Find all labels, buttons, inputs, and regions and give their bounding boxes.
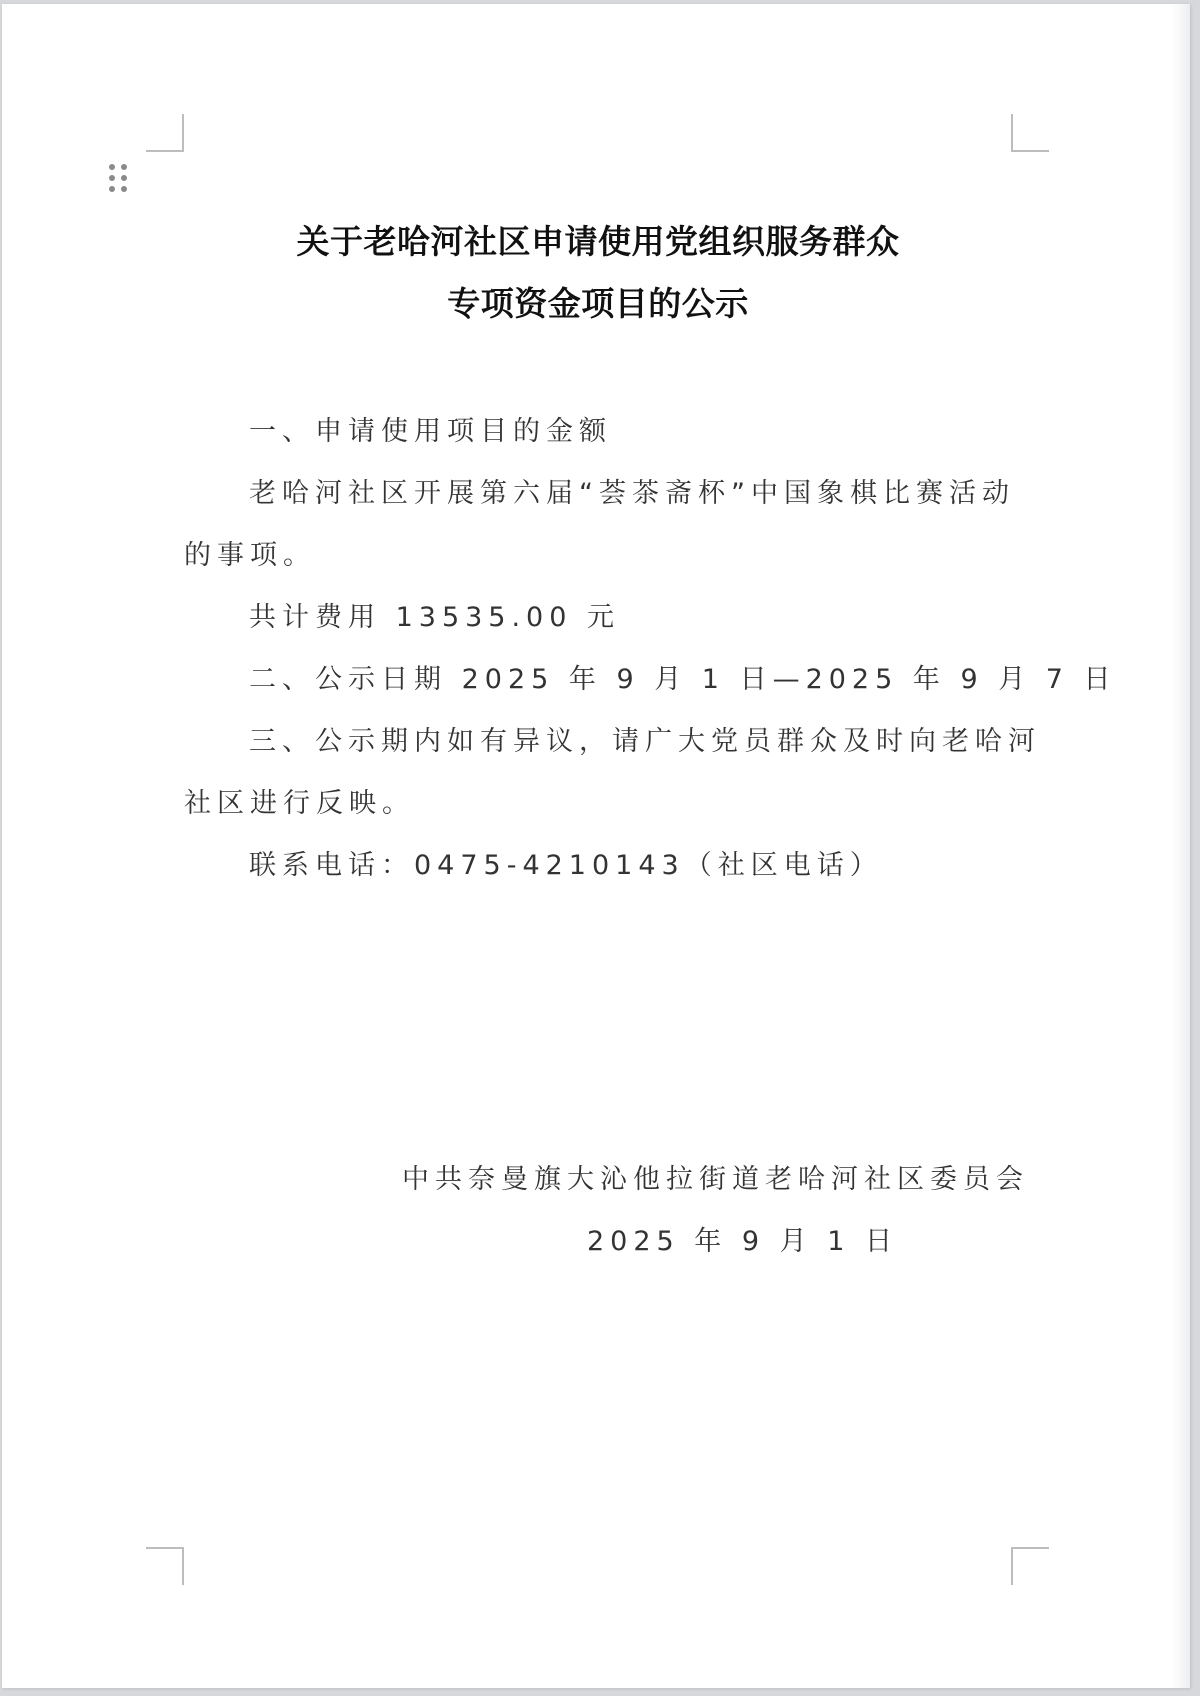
grip-dot [109,186,115,192]
grip-dot [109,175,115,181]
signature-organization: 中共奈曼旗大沁他拉街道老哈河社区委员会 [402,1149,1014,1211]
crop-mark-bottom-right-icon [1011,1547,1049,1585]
section-1-body-line-1: 老哈河社区开展第六届“荟茶斋杯”中国象棋比赛活动 [249,463,1014,525]
signature-date: 2025 年 9 月 1 日 [587,1211,898,1273]
section-3-line-1: 三、公示期内如有异议，请广大党员群众及时向老哈河 [249,711,1014,773]
crop-mark-bottom-left-icon [146,1547,184,1585]
document-title-line-2: 专项资金项目的公示 [182,284,1014,324]
section-1-heading: 一、申请使用项目的金额 [249,401,1014,463]
grip-dot [121,164,127,170]
contact-phone-text: 联系电话：0475-4210143（社区电话） [249,835,1014,897]
grip-dot [121,175,127,181]
grip-dot [109,164,115,170]
document-title-line-1: 关于老哈河社区申请使用党组织服务群众 [182,222,1014,262]
section-2-publicity-date: 二、公示日期 2025 年 9 月 1 日—2025 年 9 月 7 日 [249,649,1014,711]
page-edge-shadow [1172,4,1190,1688]
grip-dot [121,186,127,192]
document-page[interactable]: 关于老哈河社区申请使用党组织服务群众 专项资金项目的公示 一、申请使用项目的金额… [2,4,1190,1688]
section-1-body-line-2: 的事项。 [184,525,1014,587]
section-3-line-2: 社区进行反映。 [184,773,1014,835]
block-drag-handle-icon[interactable] [109,164,129,194]
total-cost-text: 共计费用 13535.00 元 [249,587,1014,649]
crop-mark-top-right-icon [1011,114,1049,152]
crop-mark-top-left-icon [146,114,184,152]
